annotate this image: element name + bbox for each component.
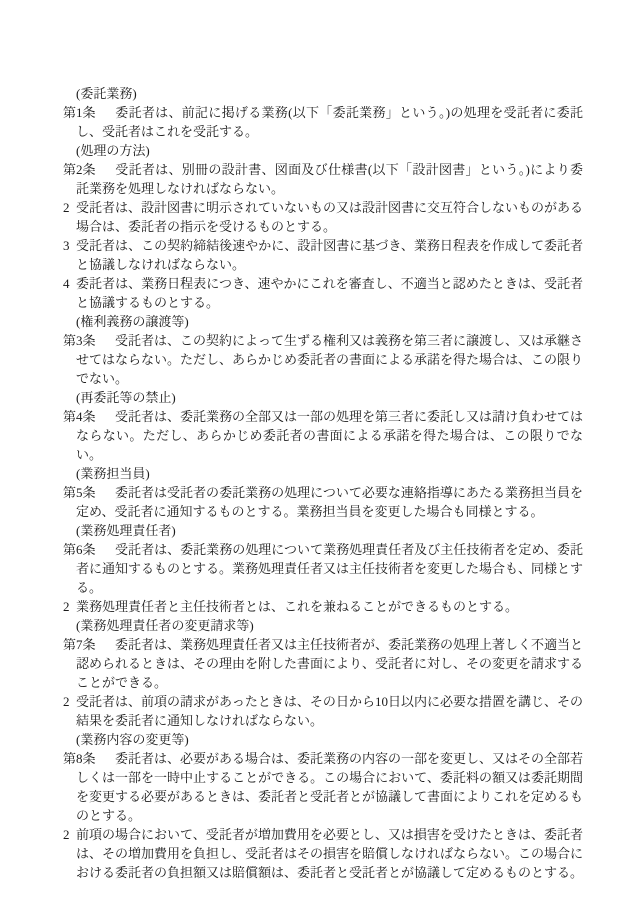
- article-text: 委託者は、前記に掲げる業務(以下「委託業務」という。)の処理を受託者に委託し、受…: [76, 105, 583, 139]
- article-text: 委託者は、業務処理責任者又は主任技術者が、委託業務の処理上著しく不適当と認められ…: [76, 637, 583, 690]
- paragraph-text: 前項の場合において、受託者が増加費用を必要とし、又は損害を受けたときは、委託者は…: [76, 827, 583, 880]
- paragraph-number: 3: [63, 236, 76, 255]
- article-paragraph: 第5条委託者は受託者の委託業務の処理について必要な連絡指導にあたる業務担当員を定…: [63, 483, 583, 521]
- clause-heading: (業務処理責任者): [63, 521, 583, 540]
- clause-heading-text: (業務処理責任者): [76, 523, 176, 538]
- clause-heading: (業務内容の変更等): [63, 730, 583, 749]
- paragraph-number: 2: [63, 597, 76, 616]
- contract-document-page: (委託業務) 第1条委託者は、前記に掲げる業務(以下「委託業務」という。)の処理…: [0, 0, 630, 903]
- article-number: 第2条: [63, 160, 115, 179]
- article-paragraph: 第4条受託者は、委託業務の全部又は一部の処理を第三者に委託し又は請け負わせてはな…: [63, 407, 583, 464]
- article-number: 第8条: [63, 749, 115, 768]
- article-text: 受託者は、委託業務の処理について業務処理責任者及び主任技術者を定め、委託者に通知…: [76, 542, 583, 595]
- article-paragraph: 第6条受託者は、委託業務の処理について業務処理責任者及び主任技術者を定め、委託者…: [63, 540, 583, 597]
- paragraph-text: 受託者は、前項の請求があったときは、その日から10日以内に必要な措置を講じ、その…: [76, 694, 583, 728]
- clause-heading: (権利義務の譲渡等): [63, 312, 583, 331]
- clause-heading-text: (再委託等の禁止): [76, 390, 176, 405]
- paragraph-text: 業務処理責任者と主任技術者とは、これを兼ねることができるものとする。: [76, 599, 518, 614]
- article-number: 第1条: [63, 103, 115, 122]
- clause-heading: (再委託等の禁止): [63, 388, 583, 407]
- article-text: 委託者は、必要がある場合は、委託業務の内容の一部を変更し、又はその全部若しくは一…: [76, 751, 583, 823]
- paragraph-text: 受託者は、設計図書に明示されていないもの又は設計図書に交互符合しないものがある場…: [76, 200, 583, 234]
- article-number: 第5条: [63, 483, 115, 502]
- numbered-paragraph: 4委託者は、業務日程表につき、速やかにこれを審査し、不適当と認めたときは、受託者…: [63, 274, 583, 312]
- clause-heading-text: (委託業務): [76, 86, 137, 101]
- article-number: 第6条: [63, 540, 115, 559]
- clause-heading: (委託業務): [63, 84, 583, 103]
- clause-heading-text: (処理の方法): [76, 143, 150, 158]
- article-number: 第4条: [63, 407, 115, 426]
- paragraph-text: 委託者は、業務日程表につき、速やかにこれを審査し、不適当と認めたときは、受託者と…: [76, 276, 583, 310]
- clause-heading-text: (業務担当員): [76, 466, 150, 481]
- paragraph-number: 2: [63, 198, 76, 217]
- numbered-paragraph: 2業務処理責任者と主任技術者とは、これを兼ねることができるものとする。: [63, 597, 583, 616]
- article-text: 受託者は、委託業務の全部又は一部の処理を第三者に委託し又は請け負わせてはならない…: [76, 409, 583, 462]
- clause-heading: (業務処理責任者の変更請求等): [63, 616, 583, 635]
- clause-heading-text: (権利義務の譲渡等): [76, 314, 189, 329]
- paragraph-number: 2: [63, 825, 76, 844]
- article-text: 委託者は受託者の委託業務の処理について必要な連絡指導にあたる業務担当員を定め、受…: [76, 485, 583, 519]
- paragraph-number: 4: [63, 274, 76, 293]
- numbered-paragraph: 2受託者は、設計図書に明示されていないもの又は設計図書に交互符合しないものがある…: [63, 198, 583, 236]
- clause-heading-text: (業務内容の変更等): [76, 732, 189, 747]
- paragraph-number: 2: [63, 692, 76, 711]
- article-paragraph: 第2条受託者は、別冊の設計書、図面及び仕様書(以下「設計図書」という。)により委…: [63, 160, 583, 198]
- article-text: 受託者は、別冊の設計書、図面及び仕様書(以下「設計図書」という。)により委託業務…: [76, 162, 583, 196]
- clause-heading-text: (業務処理責任者の変更請求等): [76, 618, 254, 633]
- numbered-paragraph: 2受託者は、前項の請求があったときは、その日から10日以内に必要な措置を講じ、そ…: [63, 692, 583, 730]
- clause-heading: (処理の方法): [63, 141, 583, 160]
- article-number: 第3条: [63, 331, 115, 350]
- clause-heading: (業務担当員): [63, 464, 583, 483]
- article-paragraph: 第8条委託者は、必要がある場合は、委託業務の内容の一部を変更し、又はその全部若し…: [63, 749, 583, 825]
- numbered-paragraph: 2前項の場合において、受託者が増加費用を必要とし、又は損害を受けたときは、委託者…: [63, 825, 583, 882]
- article-number: 第7条: [63, 635, 115, 654]
- article-paragraph: 第3条受託者は、この契約によって生ずる権利又は義務を第三者に譲渡し、又は承継させ…: [63, 331, 583, 388]
- paragraph-text: 受託者は、この契約締結後速やかに、設計図書に基づき、業務日程表を作成して委託者と…: [76, 238, 583, 272]
- article-text: 受託者は、この契約によって生ずる権利又は義務を第三者に譲渡し、又は承継させてはな…: [76, 333, 583, 386]
- article-paragraph: 第7条委託者は、業務処理責任者又は主任技術者が、委託業務の処理上著しく不適当と認…: [63, 635, 583, 692]
- article-paragraph: 第1条委託者は、前記に掲げる業務(以下「委託業務」という。)の処理を受託者に委託…: [63, 103, 583, 141]
- numbered-paragraph: 3受託者は、この契約締結後速やかに、設計図書に基づき、業務日程表を作成して委託者…: [63, 236, 583, 274]
